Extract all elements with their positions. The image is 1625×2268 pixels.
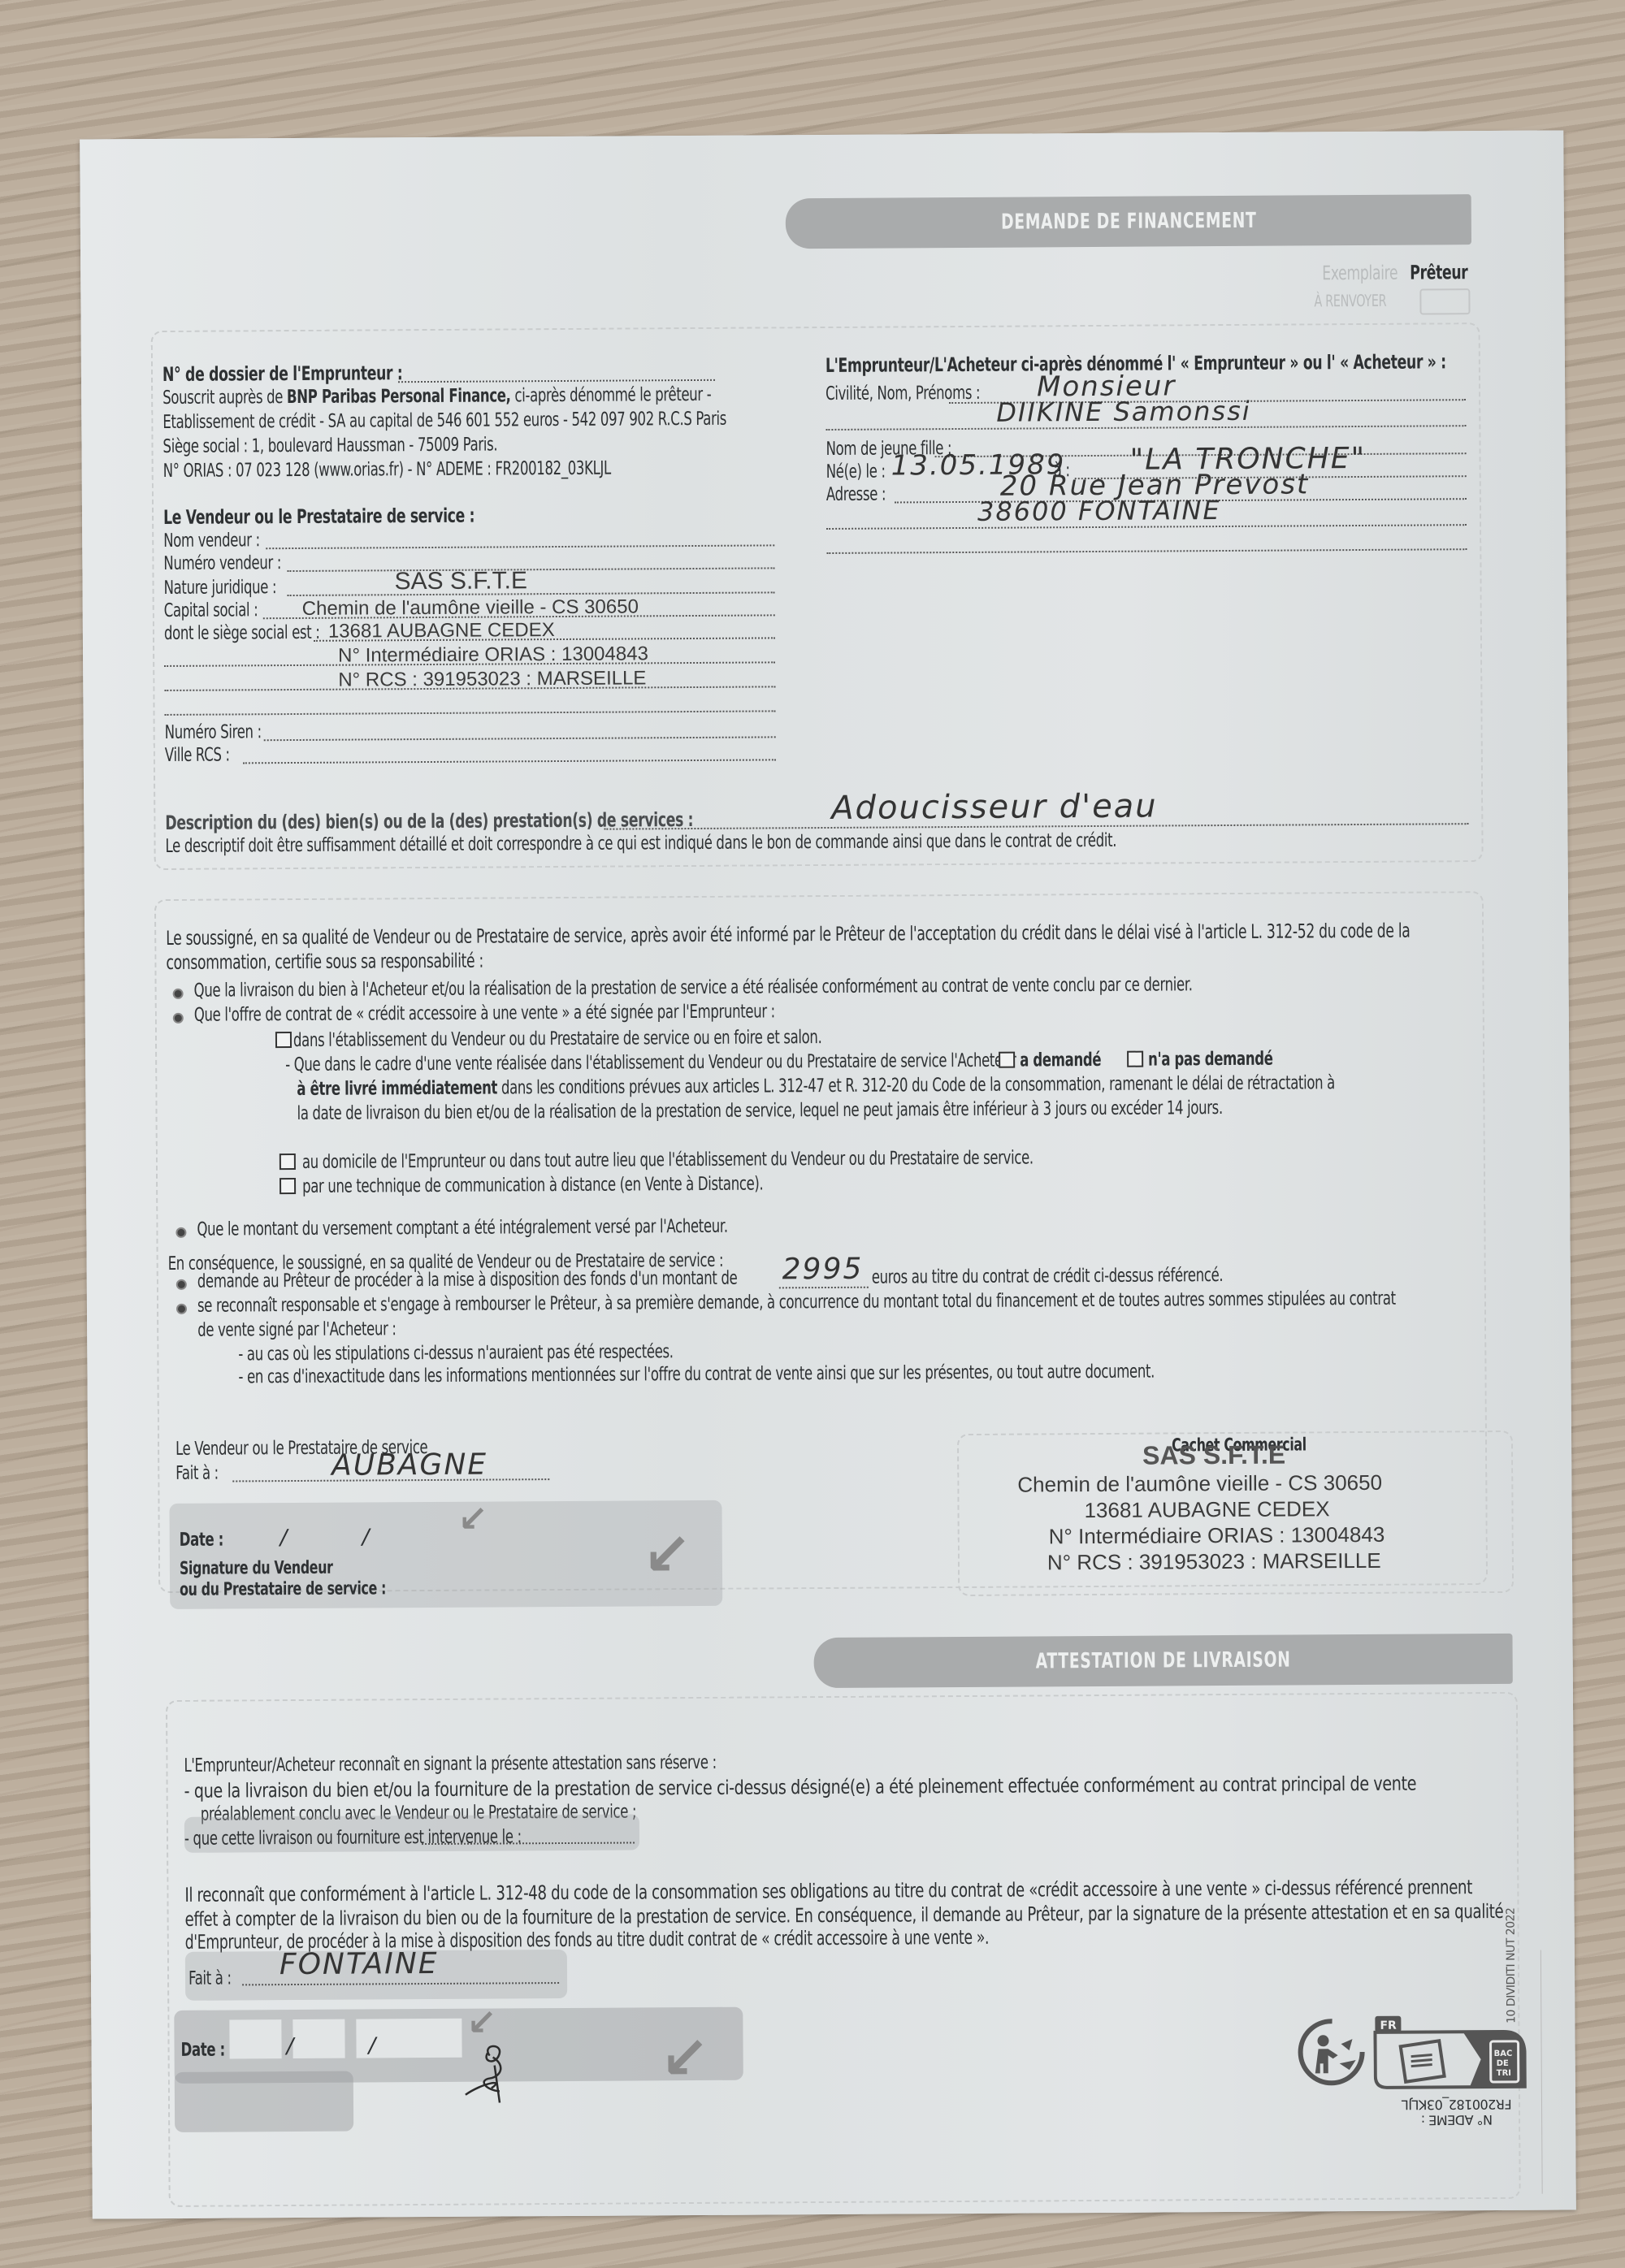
borrower-date-label: Date :	[180, 2040, 224, 2061]
bullet-icon	[176, 1279, 187, 1290]
ademe-footer-text: N° ADEME : FR200182_03KLJL	[1392, 2097, 1522, 2128]
seller-capital-label: Capital social :	[164, 599, 258, 621]
option-domicile-label: au domicile de l'Emprunteur ou dans tout…	[302, 1147, 1033, 1172]
cert-bullet-2: Que l'offre de contrat de « crédit acces…	[194, 1001, 775, 1025]
civilite-label: Civilité, Nom, Prénoms :	[825, 383, 980, 405]
seller-fait-label: Fait à :	[175, 1463, 219, 1484]
description-value: Adoucisseur d'eau	[831, 788, 1158, 827]
lender-line-2: Etablissement de crédit - SA au capital …	[162, 409, 726, 433]
option-etablissement-label: dans l'établissement du Vendeur ou du Pr…	[293, 1027, 822, 1051]
stamp-line-5: N° RCS : 391953023 : MARSEILLE	[1047, 1548, 1381, 1576]
envelope-icon	[1419, 288, 1470, 314]
seller-nom-label: Nom vendeur :	[163, 530, 260, 552]
bullet-icon	[176, 1304, 187, 1314]
sub-line-1: - Que dans le cadre d'une vente réalisée…	[285, 1050, 1025, 1076]
attestation-banner: ATTESTATION DE LIVRAISON	[813, 1634, 1512, 1688]
name-value: DIIKINE Samonssi	[996, 396, 1251, 428]
na-pas-demande-label: n'a pas demandé	[1148, 1049, 1273, 1071]
responsable-line-2: de vente signé par l'Acheteur :	[197, 1318, 396, 1340]
borrower-fait-label: Fait à :	[188, 1968, 232, 1989]
lender-line-4: N° ORIAS : 07 023 128 (www.orias.fr) - N…	[163, 458, 611, 482]
svg-text:BAC: BAC	[1494, 2049, 1513, 2058]
seller-siege-value: 13681 AUBAGNE CEDEX	[328, 619, 555, 643]
checkbox-a-demande[interactable]	[999, 1052, 1015, 1068]
seller-signature-label-2: ou du Prestataire de service :	[180, 1578, 386, 1600]
seller-nature-label: Nature juridique :	[163, 577, 276, 599]
borrower-signature	[457, 2041, 531, 2106]
date-day-box	[229, 2019, 281, 2058]
bullet-icon	[173, 989, 184, 999]
form-title: DEMANDE DE FINANCEMENT	[1000, 209, 1256, 235]
seller-date-label: Date :	[180, 1530, 223, 1551]
lender-line-3: Siège social : 1, boulevard Haussman - 7…	[162, 434, 497, 457]
seller-signature-label-1: Signature du Vendeur	[180, 1558, 333, 1579]
checkbox-distance[interactable]	[279, 1178, 296, 1194]
checkbox-na-pas-demande[interactable]	[1127, 1051, 1143, 1067]
bullet-icon	[173, 1013, 184, 1024]
address-label: Adresse :	[826, 484, 886, 505]
seller-siren-label: Numéro Siren :	[165, 721, 262, 743]
exemplaire-label: Exemplaire	[1322, 262, 1397, 285]
stamp-line-4: N° Intermédiaire ORIAS : 13004843	[1049, 1522, 1385, 1550]
renvoyer-label: À RENVOYER	[1314, 291, 1386, 311]
attestation-point-2: - que cette livraison ou fourniture est …	[184, 1826, 522, 1850]
seller-capital-value: Chemin de l'aumône vieille - CS 30650	[302, 595, 639, 621]
triman-logo-icon	[1295, 2016, 1367, 2088]
demande-text-pre: demande au Prêteur de procéder à la mise…	[197, 1268, 738, 1292]
bullet-icon	[175, 1227, 186, 1238]
option-distance-label: par une technique de communication à dis…	[302, 1173, 763, 1197]
sign-here-arrow-icon: ↙	[466, 2002, 496, 2044]
amount-value: 2995	[782, 1253, 864, 1287]
seller-extra-line-2: N° RCS : 391953023 : MARSEILLE	[338, 667, 646, 691]
lender-name: BNP Paribas Personal Finance,	[287, 385, 511, 408]
attestation-intro: L'Emprunteur/Acheteur reconnaît en signa…	[184, 1752, 717, 1777]
form-title-banner: DEMANDE DE FINANCEMENT	[786, 194, 1471, 249]
stamp-line-3: 13681 AUBAGNE CEDEX	[1084, 1496, 1329, 1523]
sign-here-arrow-icon: ↙	[643, 1520, 692, 1588]
svg-text:DE: DE	[1497, 2059, 1509, 2068]
demande-text-post: euros au titre du contrat de crédit ci-d…	[872, 1265, 1224, 1288]
attestation-title: ATTESTATION DE LIVRAISON	[1036, 1648, 1291, 1674]
a-demande-label: a demandé	[1020, 1050, 1101, 1071]
recycling-info-logo: FR BAC DE TRI	[1373, 2014, 1527, 2091]
cert-intro-2: consommation, certifie sous sa responsab…	[166, 950, 483, 974]
exemplaire-value: Prêteur	[1410, 261, 1467, 283]
checkbox-domicile[interactable]	[279, 1153, 296, 1170]
stamp-line-2: Chemin de l'aumône vieille - CS 30650	[1017, 1470, 1382, 1498]
perforation-line	[1540, 1950, 1543, 2194]
dossier-label: N° de dossier de l'Emprunteur :	[162, 361, 403, 386]
checkbox-etablissement[interactable]	[275, 1032, 292, 1048]
lender-line-1: Souscrit auprès de BNP Paribas Personal …	[162, 384, 711, 409]
side-print-text: 10 DIVIDITI NUT 2022	[1505, 1908, 1519, 2023]
seller-extra-line-1: N° Intermédiaire ORIAS : 13004843	[338, 643, 648, 667]
borrower-signature-label-area	[175, 2071, 353, 2132]
stamp-line-1: SAS S.F.T.E	[1142, 1440, 1285, 1471]
svg-text:TRI: TRI	[1497, 2069, 1511, 2078]
seller-numero-label: Numéro vendeur :	[163, 552, 281, 574]
sign-here-arrow-icon: ↙	[660, 2023, 709, 2092]
seller-siege-label: dont le siège social est :	[164, 622, 320, 644]
borrower-fait-value: FONTAINE	[279, 1947, 439, 1981]
address-line-2: 38600 FONTAINE	[977, 495, 1221, 527]
description-label: Description du (des) bien(s) ou de la (d…	[165, 808, 693, 834]
cert-bullet-3: Que le montant du versement comptant a é…	[197, 1216, 727, 1240]
case-1: - au cas où les stipulations ci-dessus n…	[238, 1341, 673, 1365]
seller-date-field[interactable]: / /	[280, 1525, 404, 1550]
financing-request-form: DEMANDE DE FINANCEMENT Exemplaire Prêteu…	[80, 130, 1576, 2218]
fr-badge: FR	[1380, 2019, 1397, 2032]
sign-here-arrow-icon: ↙	[457, 1499, 487, 1540]
seller-nature-value: SAS S.F.T.E	[394, 567, 527, 595]
born-label: Né(e) le :	[826, 461, 886, 483]
seller-fait-value: AUBAGNE	[331, 1448, 487, 1482]
borrower-date-field[interactable]: / /	[286, 2033, 409, 2058]
seller-heading: Le Vendeur ou le Prestataire de service …	[163, 504, 474, 529]
seller-ville-rcs-label: Ville RCS :	[165, 744, 230, 765]
